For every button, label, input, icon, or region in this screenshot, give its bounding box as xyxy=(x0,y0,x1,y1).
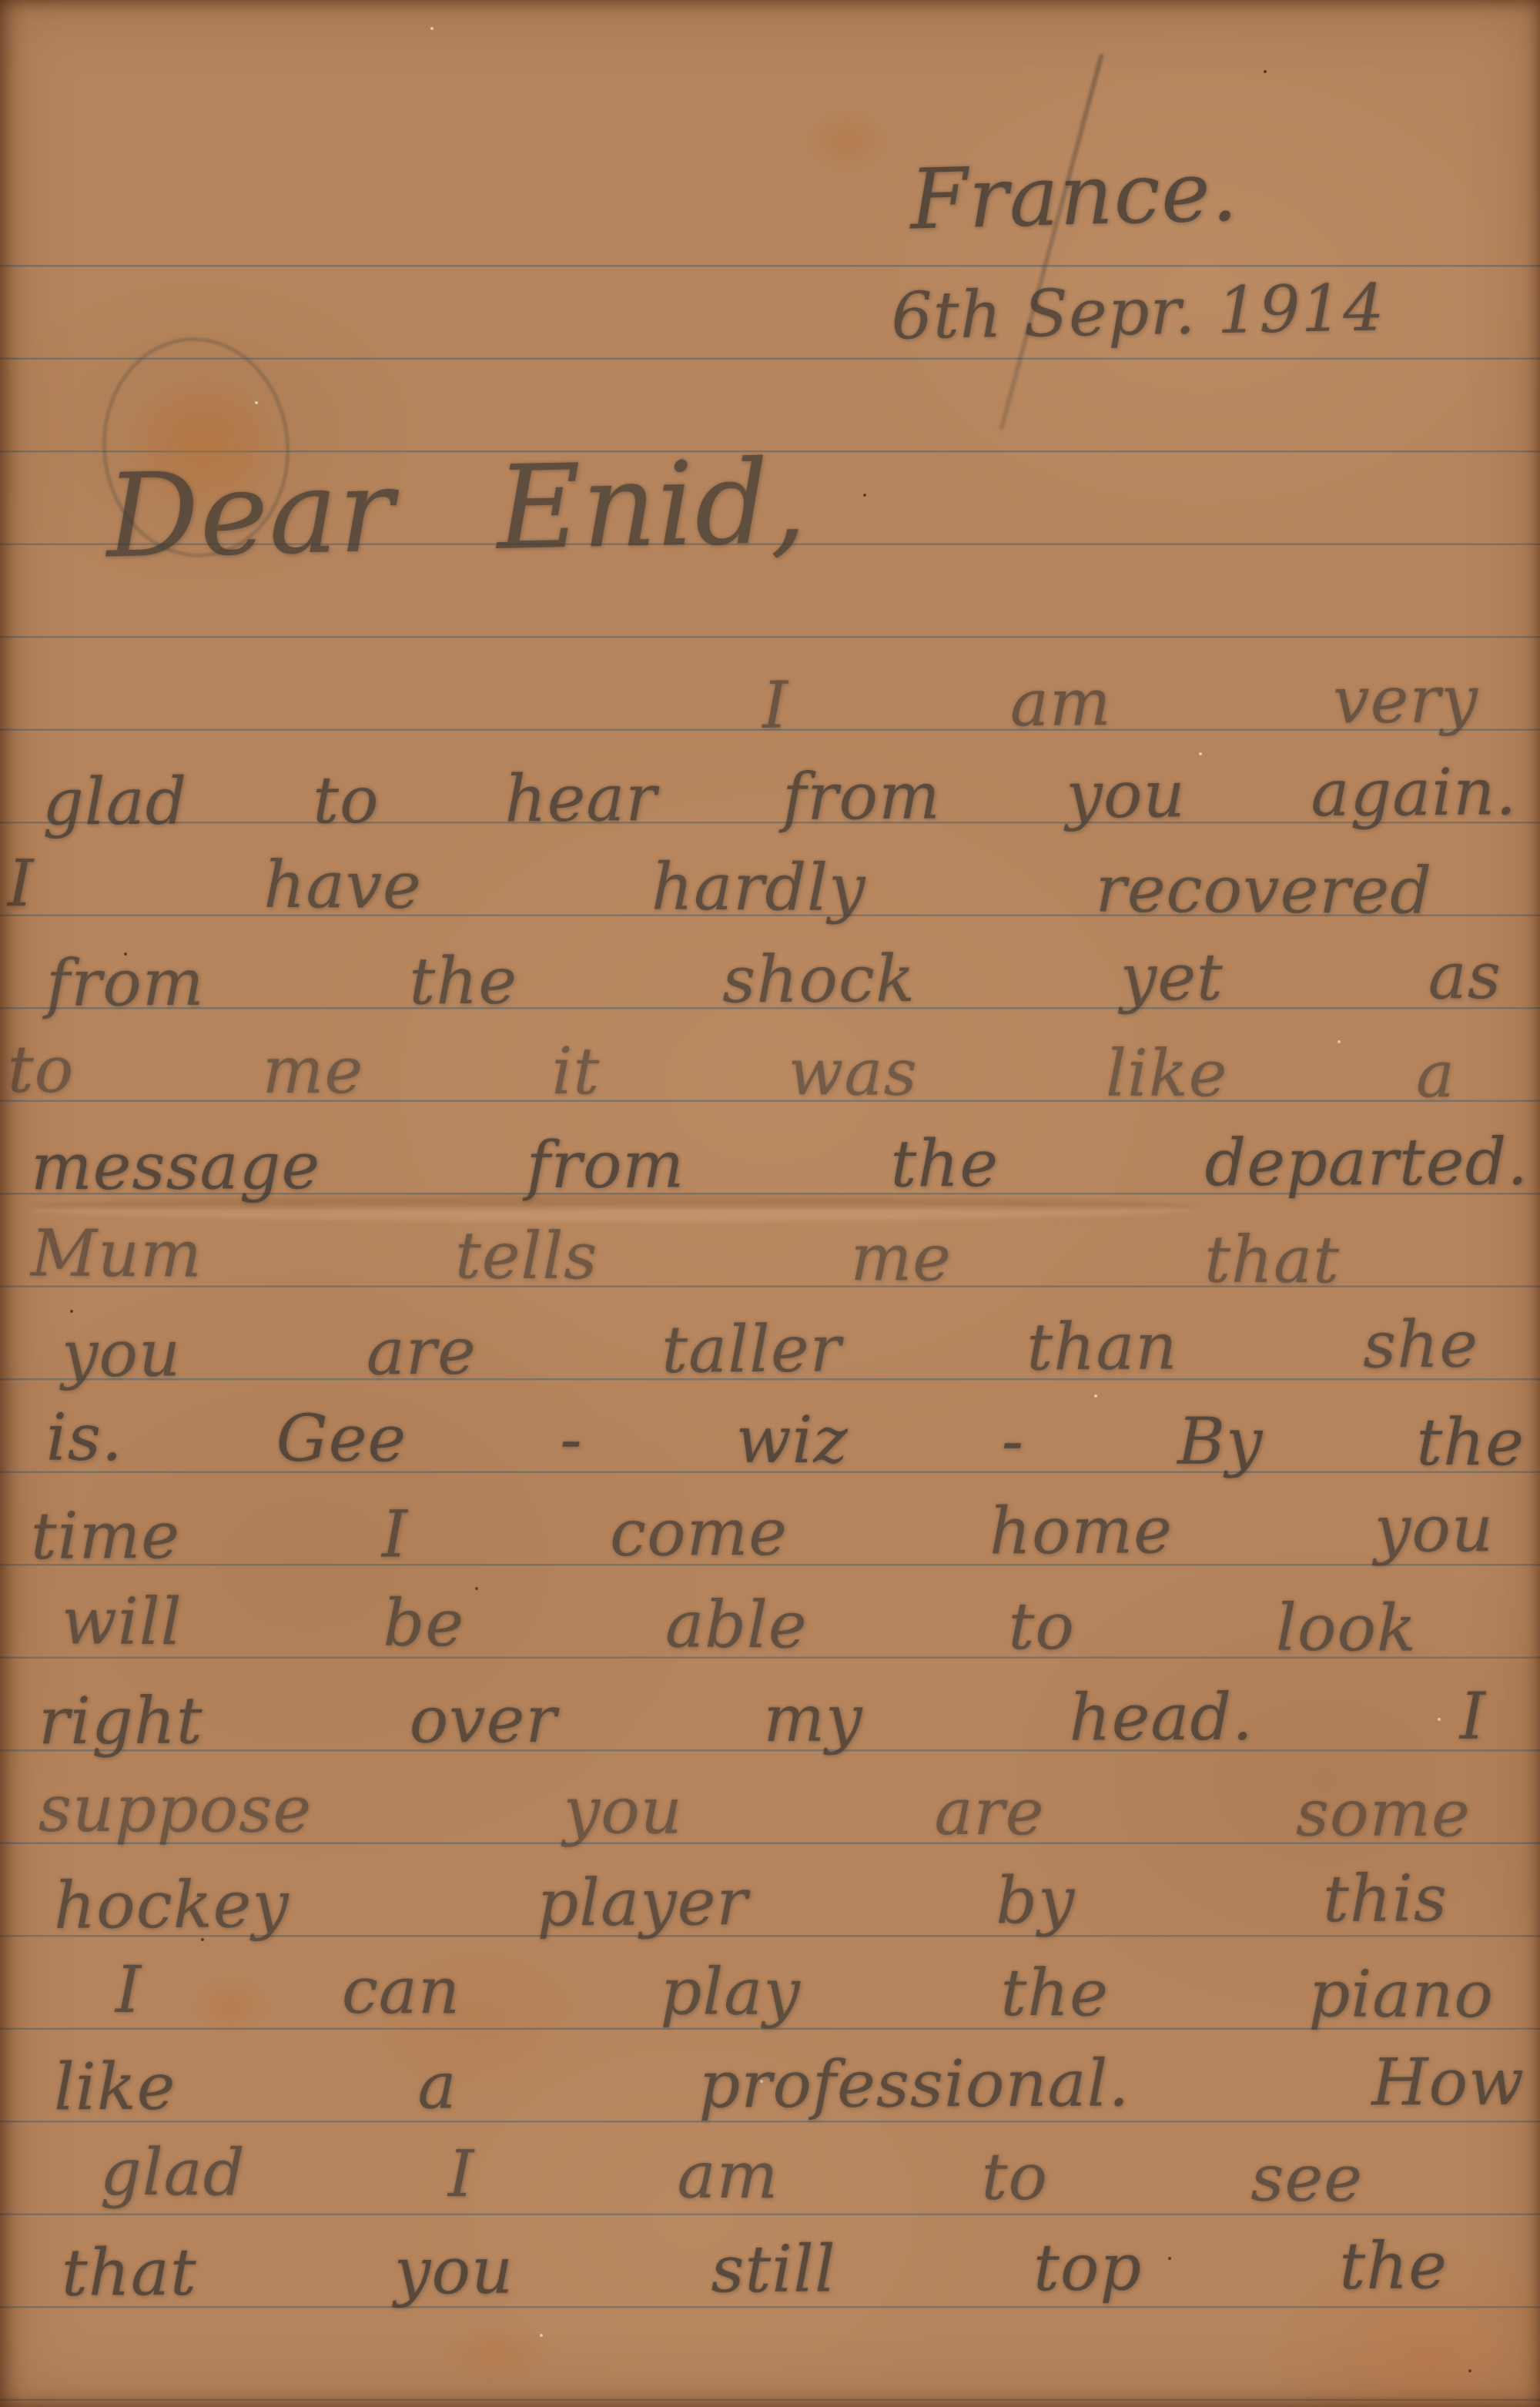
handwriting-line: I can play the piano xyxy=(115,1951,1494,2034)
handwriting-line: suppose you are some xyxy=(38,1770,1471,1853)
handwriting-line: message from the departed. xyxy=(31,1123,1528,1207)
paper-speckles xyxy=(0,0,2,2)
paper-stain-bottom-mid xyxy=(431,2318,562,2387)
letter-salutation: Dear Enid, xyxy=(105,435,808,584)
letter-date: 6th Sepr. 1914 xyxy=(829,269,1447,355)
handwriting-line: I have hardly recovered xyxy=(8,845,1433,929)
handwriting-line: that you still top the xyxy=(62,2227,1448,2312)
handwriting-line: Mum tells me that xyxy=(31,1215,1341,1300)
handwriting-line: glad I am to see xyxy=(100,2134,1364,2218)
handwriting-line: hockey player by this xyxy=(54,1860,1448,1944)
handwriting-line: is. Gee - wiz - By the xyxy=(46,1399,1525,1481)
handwriting-line: you are taller than she xyxy=(62,1306,1479,1394)
handwriting-line: will be able to look xyxy=(62,1582,1418,1667)
handwriting-line: right over my head. I xyxy=(38,1678,1486,1760)
handwriting-line: glad to hear from you again. xyxy=(42,753,1518,841)
handwriting-line: from the shock yet as xyxy=(46,937,1502,1023)
handwriting-line: time I come home you xyxy=(31,1490,1495,1575)
letter-page: France. 6th Sepr. 1914 Dear Enid, I am v… xyxy=(0,0,1540,2407)
letter-place: France. xyxy=(830,142,1317,250)
handwriting-line: to me it was like a xyxy=(8,1031,1455,1113)
handwriting-line: like a professional. How xyxy=(54,2044,1525,2126)
handwriting-line: I am very xyxy=(762,661,1479,745)
